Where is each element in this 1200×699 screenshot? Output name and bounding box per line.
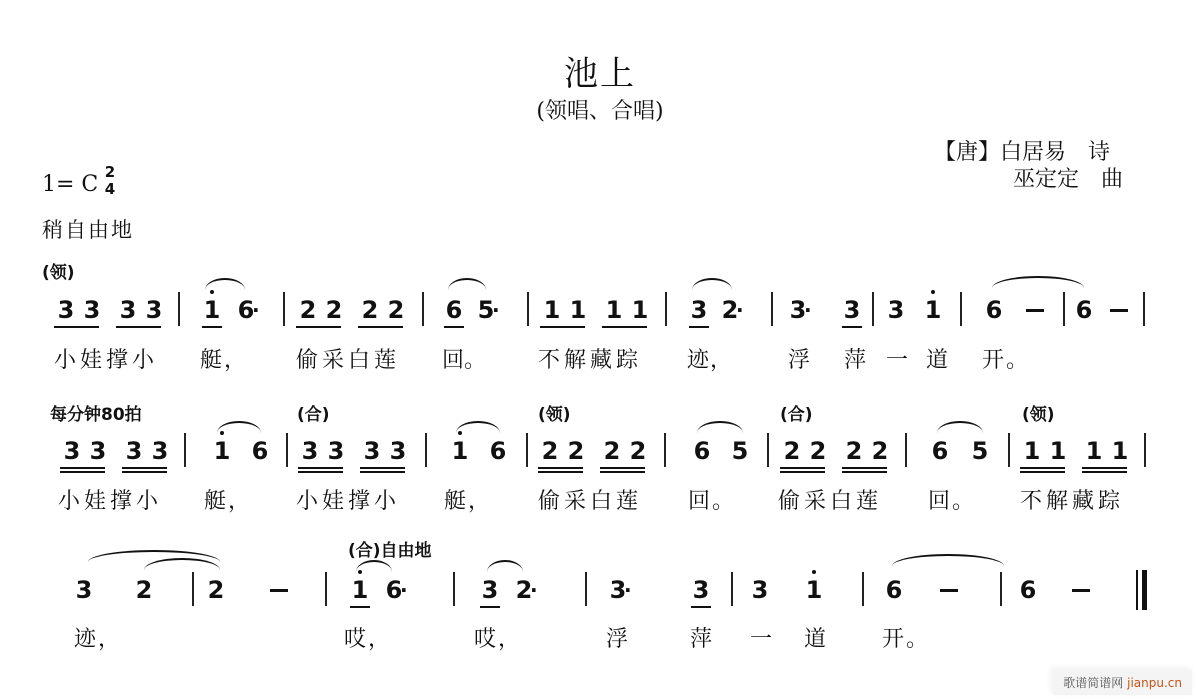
lyric-char: 哎 xyxy=(472,622,498,653)
note: 2 xyxy=(540,437,560,465)
lyric-char: 偷 xyxy=(294,343,320,374)
beam-underline xyxy=(1020,471,1065,473)
beam-underline xyxy=(122,471,167,473)
note: 1 xyxy=(1048,437,1068,465)
lyric-char: 不 xyxy=(1018,484,1044,515)
slur xyxy=(487,560,523,572)
beam-underline xyxy=(350,606,370,608)
barline xyxy=(767,433,769,467)
barline xyxy=(283,292,285,326)
watermark: 歌谱简谱网 jianpu.cn xyxy=(1053,670,1192,695)
lyric-char: 。 xyxy=(950,484,976,515)
beam-underline xyxy=(202,326,222,328)
slur xyxy=(205,278,245,290)
lyric-char: 不 xyxy=(536,343,562,374)
lyric-char: 撑 xyxy=(104,343,130,374)
lyric-char: 偷 xyxy=(536,484,562,515)
lyric-char: 藏 xyxy=(1070,484,1096,515)
lyric-char: 开 xyxy=(980,343,1006,374)
note: 5 xyxy=(970,437,990,465)
note: 5 xyxy=(730,437,750,465)
note: 3 xyxy=(82,296,102,324)
note: 2 xyxy=(870,437,890,465)
note: 6 xyxy=(1074,296,1094,324)
beam-underline xyxy=(1082,467,1127,469)
chorus-mark: (合) xyxy=(297,400,330,425)
lyric-char: 莲 xyxy=(372,343,398,374)
barline xyxy=(665,292,667,326)
note: 2 xyxy=(628,437,648,465)
song-subtitle: (领唱、合唱) xyxy=(0,94,1200,125)
note: 6 xyxy=(884,576,904,604)
beam-underline xyxy=(600,467,645,469)
lyric-char: 一 xyxy=(884,343,910,374)
lyric-char: 踪 xyxy=(1096,484,1122,515)
note: 3 xyxy=(300,437,320,465)
lyric-char: 浮 xyxy=(786,343,812,374)
lyric-char: 解 xyxy=(1044,484,1070,515)
note: 1 xyxy=(1110,437,1130,465)
chorus-mark: (合) xyxy=(780,400,813,425)
note: 3 xyxy=(886,296,906,324)
lyric-char: 采 xyxy=(562,484,588,515)
time-signature: 2 4 xyxy=(102,164,118,198)
lyric-char: 白 xyxy=(346,343,372,374)
composer-credit: 巫定定 曲 xyxy=(1013,162,1123,193)
slur xyxy=(692,278,732,290)
augmentation-dot: · xyxy=(804,296,812,324)
watermark-text: 歌谱简谱网 xyxy=(1063,676,1127,690)
lead-vocal-mark: (领) xyxy=(538,400,571,425)
lyric-char: 踪 xyxy=(614,343,640,374)
slur xyxy=(456,421,500,433)
beam-underline xyxy=(358,326,403,328)
lyric-char: 回 xyxy=(926,484,952,515)
note: 1 xyxy=(1022,437,1042,465)
note: 2 xyxy=(602,437,622,465)
lyric-char: 。 xyxy=(462,343,488,374)
beam-underline xyxy=(480,606,500,608)
lead-vocal-mark: (领) xyxy=(1022,400,1055,425)
note: 1 xyxy=(923,296,943,324)
barline xyxy=(178,292,180,326)
beam-underline xyxy=(842,326,862,328)
note: 2 xyxy=(844,437,864,465)
beam-underline xyxy=(780,467,825,469)
barline xyxy=(1144,433,1146,467)
note: 3 xyxy=(144,296,164,324)
tempo-marking: 稍自由地 xyxy=(42,214,134,244)
note: 6 xyxy=(444,296,464,324)
note: 2 xyxy=(566,437,586,465)
barline xyxy=(1143,292,1145,326)
lyric-char: 艇 xyxy=(442,484,468,515)
note: 2 xyxy=(206,576,226,604)
lyric-char: 娃 xyxy=(82,484,108,515)
note: 1 xyxy=(212,437,232,465)
slur xyxy=(992,276,1084,288)
barline xyxy=(453,572,455,606)
beam-underline xyxy=(689,326,709,328)
lyric-char: 藏 xyxy=(588,343,614,374)
note: 3 xyxy=(750,576,770,604)
note: 3 xyxy=(56,296,76,324)
lyric-char: 。 xyxy=(710,484,736,515)
barline xyxy=(527,292,529,326)
octave-dot xyxy=(931,290,935,294)
lyric-char: 撑 xyxy=(346,484,372,515)
beam-underline xyxy=(60,467,105,469)
lyric-char: ， xyxy=(222,343,248,374)
note: 6 xyxy=(984,296,1004,324)
beam-underline xyxy=(360,471,405,473)
note: 1 xyxy=(350,576,370,604)
note: 1 xyxy=(202,296,222,324)
lyric-char: ， xyxy=(96,622,122,653)
lyric-char: 白 xyxy=(588,484,614,515)
beam-underline xyxy=(540,326,585,328)
note: 3 xyxy=(842,296,862,324)
lyric-char: 。 xyxy=(904,622,930,653)
note: 1 xyxy=(630,296,650,324)
lead-vocal-mark: (领) xyxy=(42,258,75,283)
note: 1 xyxy=(542,296,562,324)
lyric-char: 采 xyxy=(802,484,828,515)
time-signature-bottom: 4 xyxy=(102,181,118,198)
lyric-char: 萍 xyxy=(842,343,868,374)
barline xyxy=(286,433,288,467)
lyric-char: ， xyxy=(708,343,734,374)
lyric-char: 小 xyxy=(294,484,320,515)
song-title: 池上 xyxy=(0,46,1200,95)
note: 3 xyxy=(118,296,138,324)
augmentation-dot: · xyxy=(252,296,260,324)
sustain-dash xyxy=(1026,309,1044,312)
note: 2 xyxy=(808,437,828,465)
chorus-free-tempo-mark: (合)自由地 xyxy=(348,536,432,561)
beam-underline xyxy=(298,467,343,469)
barline xyxy=(664,433,666,467)
note: 3 xyxy=(150,437,170,465)
watermark-site: jianpu.cn xyxy=(1127,676,1182,690)
note: 3 xyxy=(88,437,108,465)
lyric-char: 一 xyxy=(748,622,774,653)
note: 2 xyxy=(298,296,318,324)
barline xyxy=(872,292,874,326)
beam-underline xyxy=(842,467,887,469)
slur xyxy=(697,421,743,433)
barline xyxy=(585,572,587,606)
note: 3 xyxy=(124,437,144,465)
slur xyxy=(448,278,486,290)
note: 2 xyxy=(324,296,344,324)
lyric-char: 艇 xyxy=(202,484,228,515)
octave-dot xyxy=(220,431,224,435)
lyric-char: 萍 xyxy=(688,622,714,653)
beam-underline xyxy=(60,471,105,473)
barline xyxy=(526,433,528,467)
beam-underline xyxy=(298,471,343,473)
barline xyxy=(862,572,864,606)
sustain-dash xyxy=(940,589,958,592)
beam-underline xyxy=(538,471,583,473)
lyric-char: 莲 xyxy=(614,484,640,515)
lyric-char: 解 xyxy=(562,343,588,374)
lyric-char: 小 xyxy=(130,343,156,374)
note: 6 xyxy=(930,437,950,465)
barline xyxy=(1063,292,1065,326)
lyric-char: 小 xyxy=(134,484,160,515)
lyric-char: 道 xyxy=(924,343,950,374)
barline xyxy=(1000,572,1002,606)
note: 3 xyxy=(362,437,382,465)
final-barline-thick xyxy=(1142,570,1147,610)
lyric-char: 道 xyxy=(802,622,828,653)
lyric-char: ， xyxy=(366,622,392,653)
augmentation-dot: · xyxy=(736,296,744,324)
octave-dot xyxy=(358,570,362,574)
note: 3 xyxy=(691,576,711,604)
lyric-char: 回 xyxy=(686,484,712,515)
note: 6 xyxy=(692,437,712,465)
lyric-char: 娃 xyxy=(320,484,346,515)
octave-dot xyxy=(210,290,214,294)
lyric-char: 白 xyxy=(828,484,854,515)
sustain-dash xyxy=(1110,309,1128,312)
beam-underline xyxy=(602,326,647,328)
barline xyxy=(192,572,194,606)
lyric-char: 娃 xyxy=(78,343,104,374)
beam-underline xyxy=(54,326,99,328)
note: 2 xyxy=(782,437,802,465)
augmentation-dot: · xyxy=(492,296,500,324)
beam-underline xyxy=(296,326,341,328)
barline xyxy=(731,572,733,606)
note: 3 xyxy=(326,437,346,465)
lyric-char: 哎 xyxy=(342,622,368,653)
note: 3 xyxy=(480,576,500,604)
note: 2 xyxy=(360,296,380,324)
final-barline-thin xyxy=(1136,570,1138,610)
augmentation-dot: · xyxy=(400,576,408,604)
note: 6 xyxy=(1018,576,1038,604)
note: 2 xyxy=(134,576,154,604)
slur xyxy=(892,554,1004,566)
lyric-char: 采 xyxy=(320,343,346,374)
lyric-char: 浮 xyxy=(604,622,630,653)
key-signature: 1= C xyxy=(42,172,98,197)
augmentation-dot: · xyxy=(530,576,538,604)
barline xyxy=(960,292,962,326)
lyric-char: 。 xyxy=(1004,343,1030,374)
note: 6 xyxy=(250,437,270,465)
note: 3 xyxy=(689,296,709,324)
beam-underline xyxy=(1082,471,1127,473)
beam-underline xyxy=(1020,467,1065,469)
barline xyxy=(325,572,327,606)
time-signature-top: 2 xyxy=(102,164,118,181)
octave-dot xyxy=(812,570,816,574)
barline xyxy=(905,433,907,467)
barline xyxy=(1008,433,1010,467)
note: 3 xyxy=(388,437,408,465)
lyric-char: ， xyxy=(496,622,522,653)
barline xyxy=(184,433,186,467)
note: 1 xyxy=(1084,437,1104,465)
note: 1 xyxy=(804,576,824,604)
beam-underline xyxy=(444,326,464,328)
barline xyxy=(771,292,773,326)
sustain-dash xyxy=(270,589,288,592)
octave-dot xyxy=(458,431,462,435)
beam-underline xyxy=(780,471,825,473)
beam-underline xyxy=(691,606,711,608)
lyric-char: ， xyxy=(226,484,252,515)
slur xyxy=(937,421,983,433)
lyric-char: 艇 xyxy=(198,343,224,374)
note: 1 xyxy=(450,437,470,465)
beam-underline xyxy=(122,467,167,469)
beam-underline xyxy=(116,326,161,328)
note: 3 xyxy=(74,576,94,604)
tempo-80bpm-mark: 每分钟80拍 xyxy=(50,400,142,425)
lyric-char: 小 xyxy=(372,484,398,515)
beam-underline xyxy=(842,471,887,473)
sustain-dash xyxy=(1072,589,1090,592)
barline xyxy=(422,292,424,326)
note: 2 xyxy=(386,296,406,324)
lyric-char: 开 xyxy=(880,622,906,653)
lyric-char: 偷 xyxy=(776,484,802,515)
note: 3 xyxy=(62,437,82,465)
lyric-char: 撑 xyxy=(108,484,134,515)
note: 1 xyxy=(568,296,588,324)
lyric-char: 莲 xyxy=(854,484,880,515)
beam-underline xyxy=(600,471,645,473)
lyric-char: 小 xyxy=(52,343,78,374)
beam-underline xyxy=(360,467,405,469)
note: 1 xyxy=(604,296,624,324)
note: 6 xyxy=(488,437,508,465)
lyric-char: 迹 xyxy=(72,622,98,653)
lyric-char: ， xyxy=(466,484,492,515)
augmentation-dot: · xyxy=(624,576,632,604)
beam-underline xyxy=(538,467,583,469)
barline xyxy=(425,433,427,467)
lyric-char: 小 xyxy=(56,484,82,515)
